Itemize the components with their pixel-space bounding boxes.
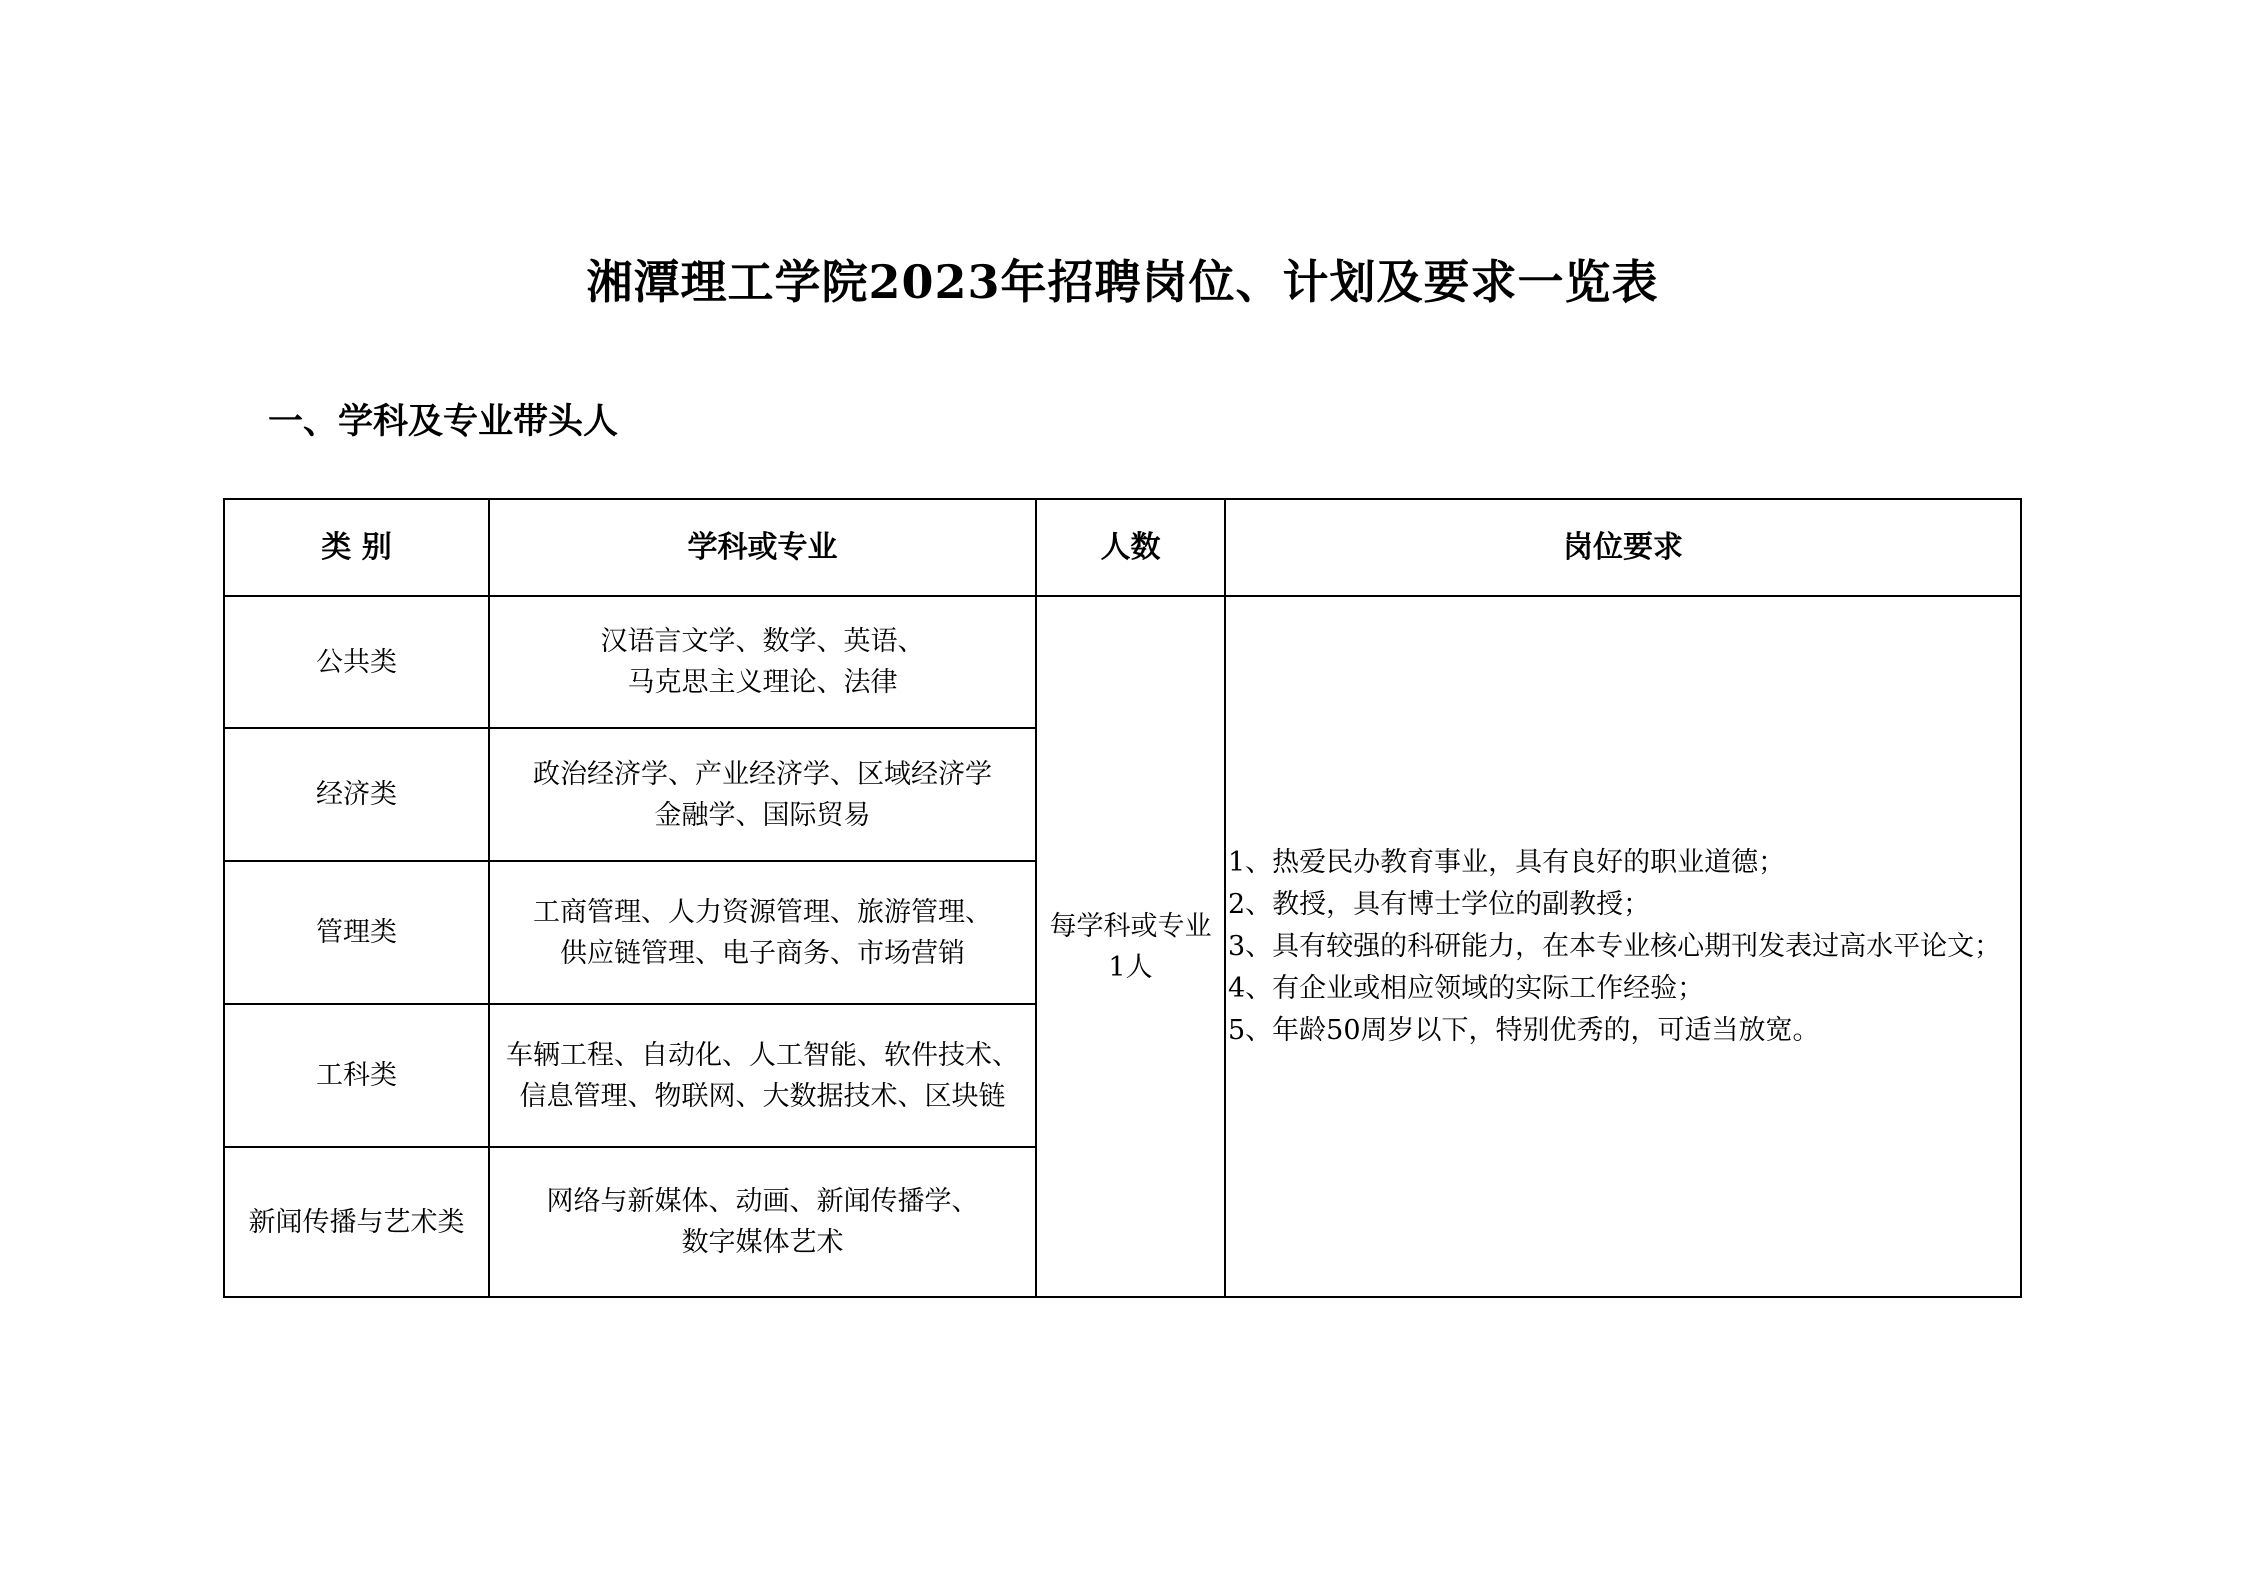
- majors-cell: 工商管理、人力资源管理、旅游管理、 供应链管理、电子商务、市场营销: [489, 861, 1036, 1004]
- majors-line: 汉语言文学、数学、英语、: [490, 621, 1035, 662]
- count-cell: 每学科或专业 1人: [1036, 596, 1225, 1297]
- document-title: 湘潭理工学院2023年招聘岗位、计划及要求一览表: [0, 252, 2245, 312]
- header-discipline: 学科或专业: [489, 499, 1036, 596]
- majors-line: 供应链管理、电子商务、市场营销: [490, 933, 1035, 974]
- section-heading: 一、学科及专业带头人: [268, 398, 618, 446]
- header-category: 类 别: [224, 499, 489, 596]
- majors-line: 政治经济学、产业经济学、区域经济学: [490, 754, 1035, 795]
- category-cell: 新闻传播与艺术类: [224, 1147, 489, 1297]
- requirement-item: 3、具有较强的科研能力，在本专业核心期刊发表过高水平论文；: [1228, 926, 2020, 968]
- requirements-cell: 1、热爱民办教育事业，具有良好的职业道德； 2、教授，具有博士学位的副教授； 3…: [1225, 596, 2021, 1297]
- category-cell: 经济类: [224, 728, 489, 861]
- recruitment-table: 类 别 学科或专业 人数 岗位要求 公共类 汉语言文学、数学、英语、 马克思主义…: [223, 498, 2022, 1298]
- count-line: 1人: [1037, 947, 1224, 988]
- category-cell: 公共类: [224, 596, 489, 728]
- majors-line: 工商管理、人力资源管理、旅游管理、: [490, 892, 1035, 933]
- header-count: 人数: [1036, 499, 1225, 596]
- majors-line: 马克思主义理论、法律: [490, 662, 1035, 703]
- majors-line: 数字媒体艺术: [490, 1222, 1035, 1263]
- majors-cell: 政治经济学、产业经济学、区域经济学 金融学、国际贸易: [489, 728, 1036, 861]
- requirement-item: 1、热爱民办教育事业，具有良好的职业道德；: [1228, 842, 2020, 884]
- table-header-row: 类 别 学科或专业 人数 岗位要求: [224, 499, 2021, 596]
- category-cell: 管理类: [224, 861, 489, 1004]
- majors-cell: 网络与新媒体、动画、新闻传播学、 数字媒体艺术: [489, 1147, 1036, 1297]
- header-requirements: 岗位要求: [1225, 499, 2021, 596]
- category-cell: 工科类: [224, 1004, 489, 1147]
- majors-line: 车辆工程、自动化、人工智能、软件技术、: [490, 1035, 1035, 1076]
- requirement-item: 2、教授，具有博士学位的副教授；: [1228, 884, 2020, 926]
- majors-cell: 车辆工程、自动化、人工智能、软件技术、 信息管理、物联网、大数据技术、区块链: [489, 1004, 1036, 1147]
- majors-line: 网络与新媒体、动画、新闻传播学、: [490, 1181, 1035, 1222]
- requirement-item: 5、年龄50周岁以下，特别优秀的，可适当放宽。: [1228, 1010, 2020, 1052]
- requirement-item: 4、有企业或相应领域的实际工作经验；: [1228, 968, 2020, 1010]
- table-row: 公共类 汉语言文学、数学、英语、 马克思主义理论、法律 每学科或专业 1人 1、…: [224, 596, 2021, 728]
- majors-line: 信息管理、物联网、大数据技术、区块链: [490, 1076, 1035, 1117]
- count-line: 每学科或专业: [1037, 906, 1224, 947]
- majors-cell: 汉语言文学、数学、英语、 马克思主义理论、法律: [489, 596, 1036, 728]
- majors-line: 金融学、国际贸易: [490, 795, 1035, 836]
